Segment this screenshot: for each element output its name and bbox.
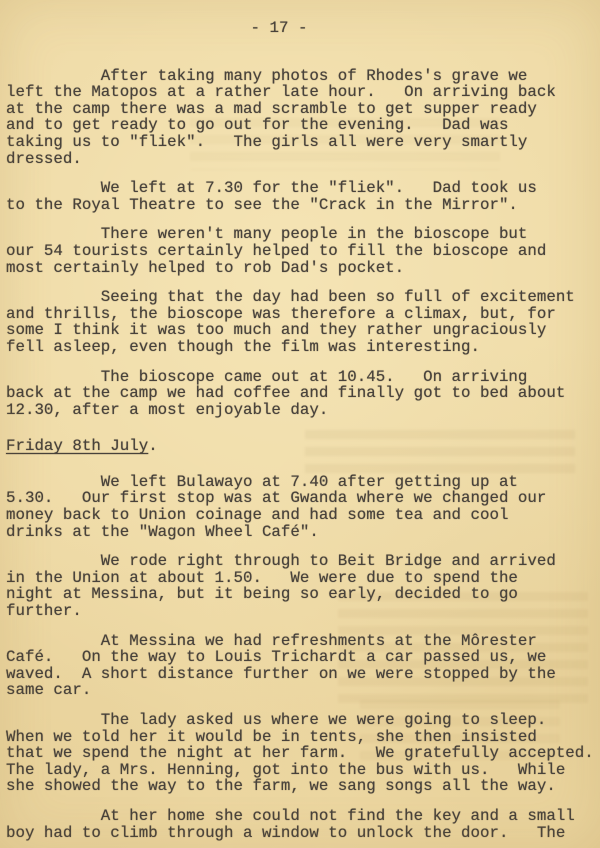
- paragraph: We left Bulawayo at 7.40 after getting u…: [6, 474, 596, 540]
- text-line: We left Bulawayo at 7.40 after getting u…: [6, 474, 596, 491]
- text-line: she showed the way to the farm, we sang …: [6, 778, 596, 795]
- text-line: The lady, a Mrs. Henning, got into the b…: [6, 762, 596, 779]
- text-line: at the camp there was a mad scramble to …: [6, 101, 596, 118]
- text-line: to the Royal Theatre to see the "Crack i…: [6, 197, 596, 214]
- date-heading: Friday 8th July.: [6, 438, 596, 455]
- text-line: same car.: [6, 682, 596, 699]
- paragraph: There weren't many people in the bioscop…: [6, 226, 596, 276]
- text-line: At Messina we had refreshments at the Mô…: [6, 633, 596, 650]
- paragraph: We rode right through to Beit Bridge and…: [6, 553, 596, 619]
- text-line: our 54 tourists certainly helped to fill…: [6, 243, 596, 260]
- text-line: most certainly helped to rob Dad's pocke…: [6, 260, 596, 277]
- text-line: and to get ready to go out for the eveni…: [6, 117, 596, 134]
- paragraph: Seeing that the day had been so full of …: [6, 289, 596, 355]
- page-number: - 17 -: [0, 20, 574, 37]
- text-line: 12.30, after a most enjoyable day.: [6, 402, 596, 419]
- paragraph: At Messina we had refreshments at the Mô…: [6, 633, 596, 699]
- paragraph: We left at 7.30 for the "fliek". Dad too…: [6, 180, 596, 213]
- text-line: back at the camp we had coffee and final…: [6, 385, 596, 402]
- text-line: The bioscope came out at 10.45. On arriv…: [6, 369, 596, 386]
- text-line: boy had to climb through a window to unl…: [6, 825, 596, 842]
- text-line: We rode right through to Beit Bridge and…: [6, 553, 596, 570]
- text-line: and thrills, the bioscope was therefore …: [6, 306, 596, 323]
- date-heading-period: .: [148, 437, 157, 455]
- text-line: Seeing that the day had been so full of …: [6, 289, 596, 306]
- text-line: dressed.: [6, 151, 596, 168]
- text-line: When we told her it would be in tents, s…: [6, 729, 596, 746]
- text-line: money back to Union coinage and had some…: [6, 507, 596, 524]
- text-line: further.: [6, 603, 596, 620]
- paragraph: At her home she could not find the key a…: [6, 808, 596, 841]
- text-line: We left at 7.30 for the "fliek". Dad too…: [6, 180, 596, 197]
- document-page: - 17 - After taking many photos of Rhode…: [0, 0, 600, 848]
- paragraph: The lady asked us where we were going to…: [6, 712, 596, 795]
- text-line: some I think it was too much and they ra…: [6, 322, 596, 339]
- text-line: drinks at the "Wagon Wheel Café".: [6, 524, 596, 541]
- document-body: After taking many photos of Rhodes's gra…: [6, 68, 596, 842]
- text-line: fell asleep, even though the film was in…: [6, 339, 596, 356]
- text-line: left the Matopos at a rather late hour. …: [6, 84, 596, 101]
- text-line: night at Messina, but it being so early,…: [6, 586, 596, 603]
- text-line: 5.30. Our first stop was at Gwanda where…: [6, 490, 596, 507]
- text-line: that we spend the night at her farm. We …: [6, 745, 596, 762]
- text-line: taking us to "fliek". The girls all were…: [6, 134, 596, 151]
- text-line: After taking many photos of Rhodes's gra…: [6, 68, 596, 85]
- text-line: There weren't many people in the bioscop…: [6, 226, 596, 243]
- date-heading-text: Friday 8th July: [6, 437, 148, 455]
- text-line: Café. On the way to Louis Trichardt a ca…: [6, 649, 596, 666]
- paragraph: The bioscope came out at 10.45. On arriv…: [6, 369, 596, 419]
- text-line: At her home she could not find the key a…: [6, 808, 596, 825]
- text-line: The lady asked us where we were going to…: [6, 712, 596, 729]
- paragraph: After taking many photos of Rhodes's gra…: [6, 68, 596, 168]
- text-line: waved. A short distance further on we we…: [6, 666, 596, 683]
- scanned-page-background: { "page": { "page_number": "- 17 -", "pa…: [0, 0, 600, 848]
- text-line: in the Union at about 1.50. We were due …: [6, 570, 596, 587]
